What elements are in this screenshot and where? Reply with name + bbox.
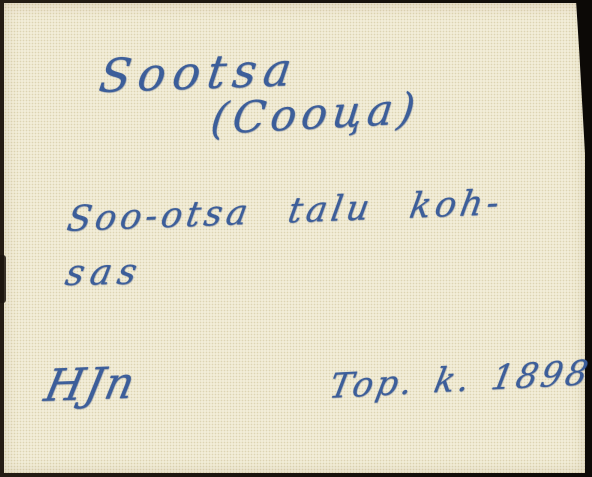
note-line-1: Soo-otsa talu koh- [64, 183, 506, 240]
place-name-cyrillic: (Сооца) [208, 84, 423, 145]
scanned-card: Sootsa (Сооца) Soo-otsa talu koh- sas HJ… [0, 0, 592, 477]
scan-edge-artifact-left [0, 255, 6, 303]
note-line-2: sas [62, 252, 146, 294]
parish-abbreviation: HJn [40, 357, 141, 412]
card-paper: Sootsa (Сооца) Soo-otsa talu koh- sas HJ… [4, 3, 585, 473]
source-reference: Top. k. 1898 [326, 353, 592, 407]
